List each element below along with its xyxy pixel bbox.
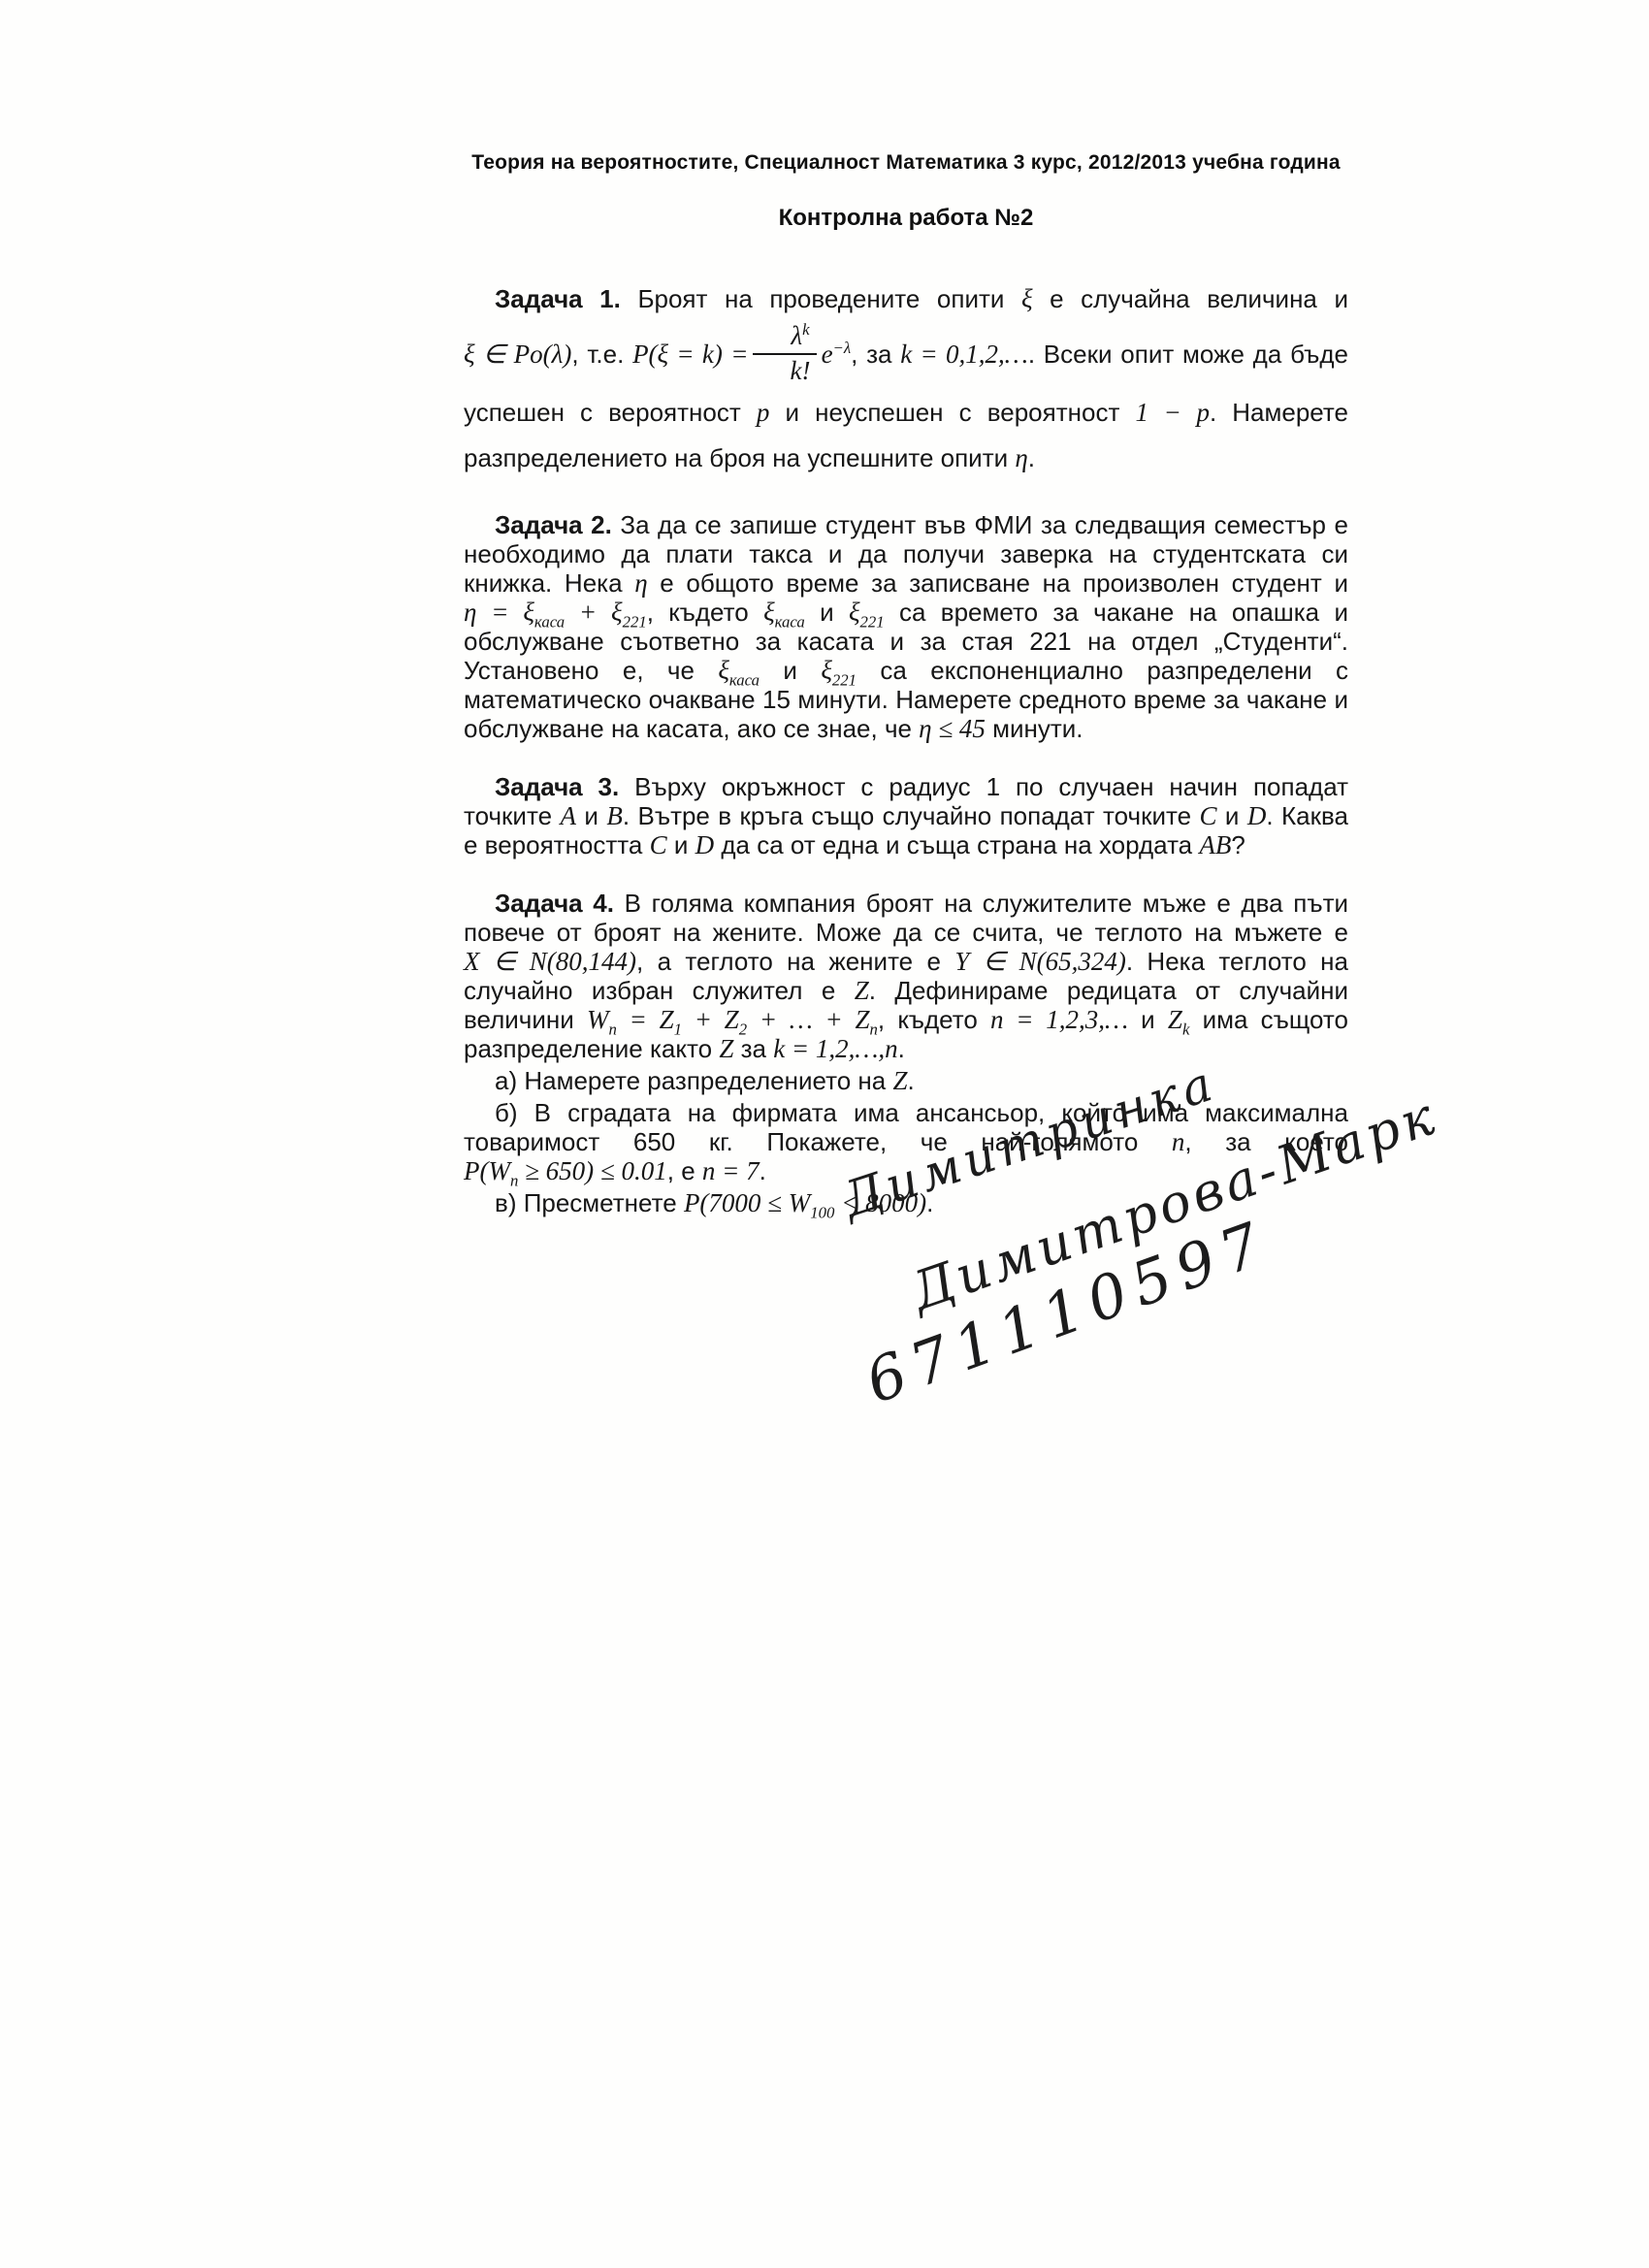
math-run: Z (892, 1066, 907, 1095)
text-run: . Вътре в кръга също случайно попадат то… (623, 801, 1200, 830)
problem-1-paragraph-1: Задача 1. Броят на проведените опити ξ е… (464, 276, 1348, 481)
text-run: , а теглото на жените е (636, 947, 954, 976)
text-run: за (733, 1034, 773, 1063)
math-run: A (560, 801, 576, 830)
math-run: Z (855, 976, 869, 1005)
text-run: Броят на проведените опити (621, 284, 1021, 313)
fraction-denominator: k! (753, 355, 816, 386)
text-run: , за (851, 340, 900, 369)
math-run: Z1 (660, 1005, 682, 1034)
math-run: n (1172, 1127, 1185, 1156)
math-run: P(ξ = k) = (632, 340, 748, 369)
math-run: ≥ 650) ≤ 0.01 (518, 1156, 666, 1185)
text-run: , където (647, 598, 763, 627)
problem-label: Задача 4. (495, 889, 614, 918)
problem-1: Задача 1. Броят на проведените опити ξ е… (464, 276, 1348, 481)
problem-label: Задача 1. (495, 284, 621, 313)
problem-2-paragraph-1: Задача 2. За да се запише студент във ФМ… (464, 510, 1348, 743)
math-run: ξ221 (611, 598, 647, 627)
text-run: минути. (986, 714, 1083, 743)
fraction-numerator: λk (753, 322, 816, 355)
text-run: . (760, 1156, 766, 1185)
math-run: ξ ∈ Po(λ) (464, 340, 571, 369)
page-title: Контролна работа №2 (464, 205, 1348, 232)
math-run: Wn (587, 1005, 617, 1034)
math-run: X ∈ N(80,144) (464, 947, 636, 976)
text-run: , е (667, 1156, 702, 1185)
math-run: ξкаса (718, 656, 760, 685)
text-run: и (576, 801, 606, 830)
text-run: . (1028, 443, 1035, 472)
math-run: ξ (1021, 284, 1033, 313)
math-run: B (606, 801, 623, 830)
math-run: = (617, 1005, 660, 1034)
text-run: и (667, 830, 695, 859)
math-run: Z (719, 1034, 733, 1063)
math-run: 1 − p (1135, 398, 1209, 427)
scanned-exam-page: Теория на вероятностите, Специалност Мат… (0, 0, 1649, 2268)
text-run: а) Намерете разпределението на (495, 1066, 892, 1095)
text-run: е общото време за записване на произволе… (648, 568, 1348, 598)
math-run: + (682, 1005, 725, 1034)
math-run: P( (464, 1156, 488, 1185)
math-run: ξ221 (849, 598, 885, 627)
text-run: ? (1231, 830, 1245, 859)
problem-3-paragraph-1: Задача 3. Върху окръжност с радиус 1 по … (464, 772, 1348, 859)
math-run: P(7000 ≤ (684, 1188, 789, 1217)
text-run: е случайна величина и (1033, 284, 1348, 313)
math-run: D (1247, 801, 1267, 830)
math-run: ξ221 (821, 656, 857, 685)
math-run: e−λ (822, 340, 852, 369)
math-run: + (565, 598, 611, 627)
text-run: в) Пресметнете (495, 1188, 684, 1217)
text-run: и (1217, 801, 1247, 830)
math-run: C (650, 830, 667, 859)
math-run: k! (791, 356, 811, 385)
math-run: AB (1199, 830, 1231, 859)
text-run: и (760, 656, 821, 685)
math-run: Wn (488, 1156, 518, 1185)
text-run: . (898, 1034, 905, 1063)
math-run: k = 1,2,…,n (773, 1034, 897, 1063)
text-run: и (1128, 1005, 1168, 1034)
math-run: η = (464, 598, 508, 627)
math-run: η ≤ 45 (919, 714, 986, 743)
text-run: . (908, 1066, 915, 1095)
problem-label: Задача 3. (495, 772, 619, 801)
math-run: W100 (789, 1188, 835, 1217)
text-run: , където (878, 1005, 990, 1034)
math-run: n = 1,2,3,… (990, 1005, 1128, 1034)
problem-4-paragraph-1: Задача 4. В голяма компания броят на слу… (464, 889, 1348, 1063)
problem-2: Задача 2. За да се запише студент във ФМ… (464, 510, 1348, 743)
text-run: и неуспешен с вероятност (769, 398, 1135, 427)
math-fraction: λkk! (753, 322, 816, 386)
math-run: p (757, 398, 770, 427)
text-run: , т.е. (571, 340, 632, 369)
math-run: D (695, 830, 715, 859)
text-run: да са от една и съща страна на хордата (714, 830, 1199, 859)
problem-label: Задача 2. (495, 510, 612, 539)
math-run: n = 7 (702, 1156, 760, 1185)
math-run: Z2 (725, 1005, 747, 1034)
text-run: и (805, 598, 849, 627)
math-run: η (1015, 443, 1027, 472)
course-header: Теория на вероятностите, Специалност Мат… (464, 151, 1348, 175)
math-run: ξкаса (763, 598, 805, 627)
math-run: Zk (1168, 1005, 1189, 1034)
math-run: η (634, 568, 647, 598)
math-run: k = 0,1,2,… (900, 340, 1028, 369)
math-run: Zn (855, 1005, 877, 1034)
math-run: Y ∈ N(65,324) (954, 947, 1126, 976)
math-run: C (1200, 801, 1217, 830)
math-run: + … + (747, 1005, 855, 1034)
problems-list: Задача 1. Броят на проведените опити ξ е… (464, 276, 1348, 1217)
text-column: Теория на вероятностите, Специалност Мат… (464, 0, 1348, 1217)
math-run: λk (791, 321, 809, 350)
problem-3: Задача 3. Върху окръжност с радиус 1 по … (464, 772, 1348, 859)
math-run: ξкаса (508, 598, 565, 627)
